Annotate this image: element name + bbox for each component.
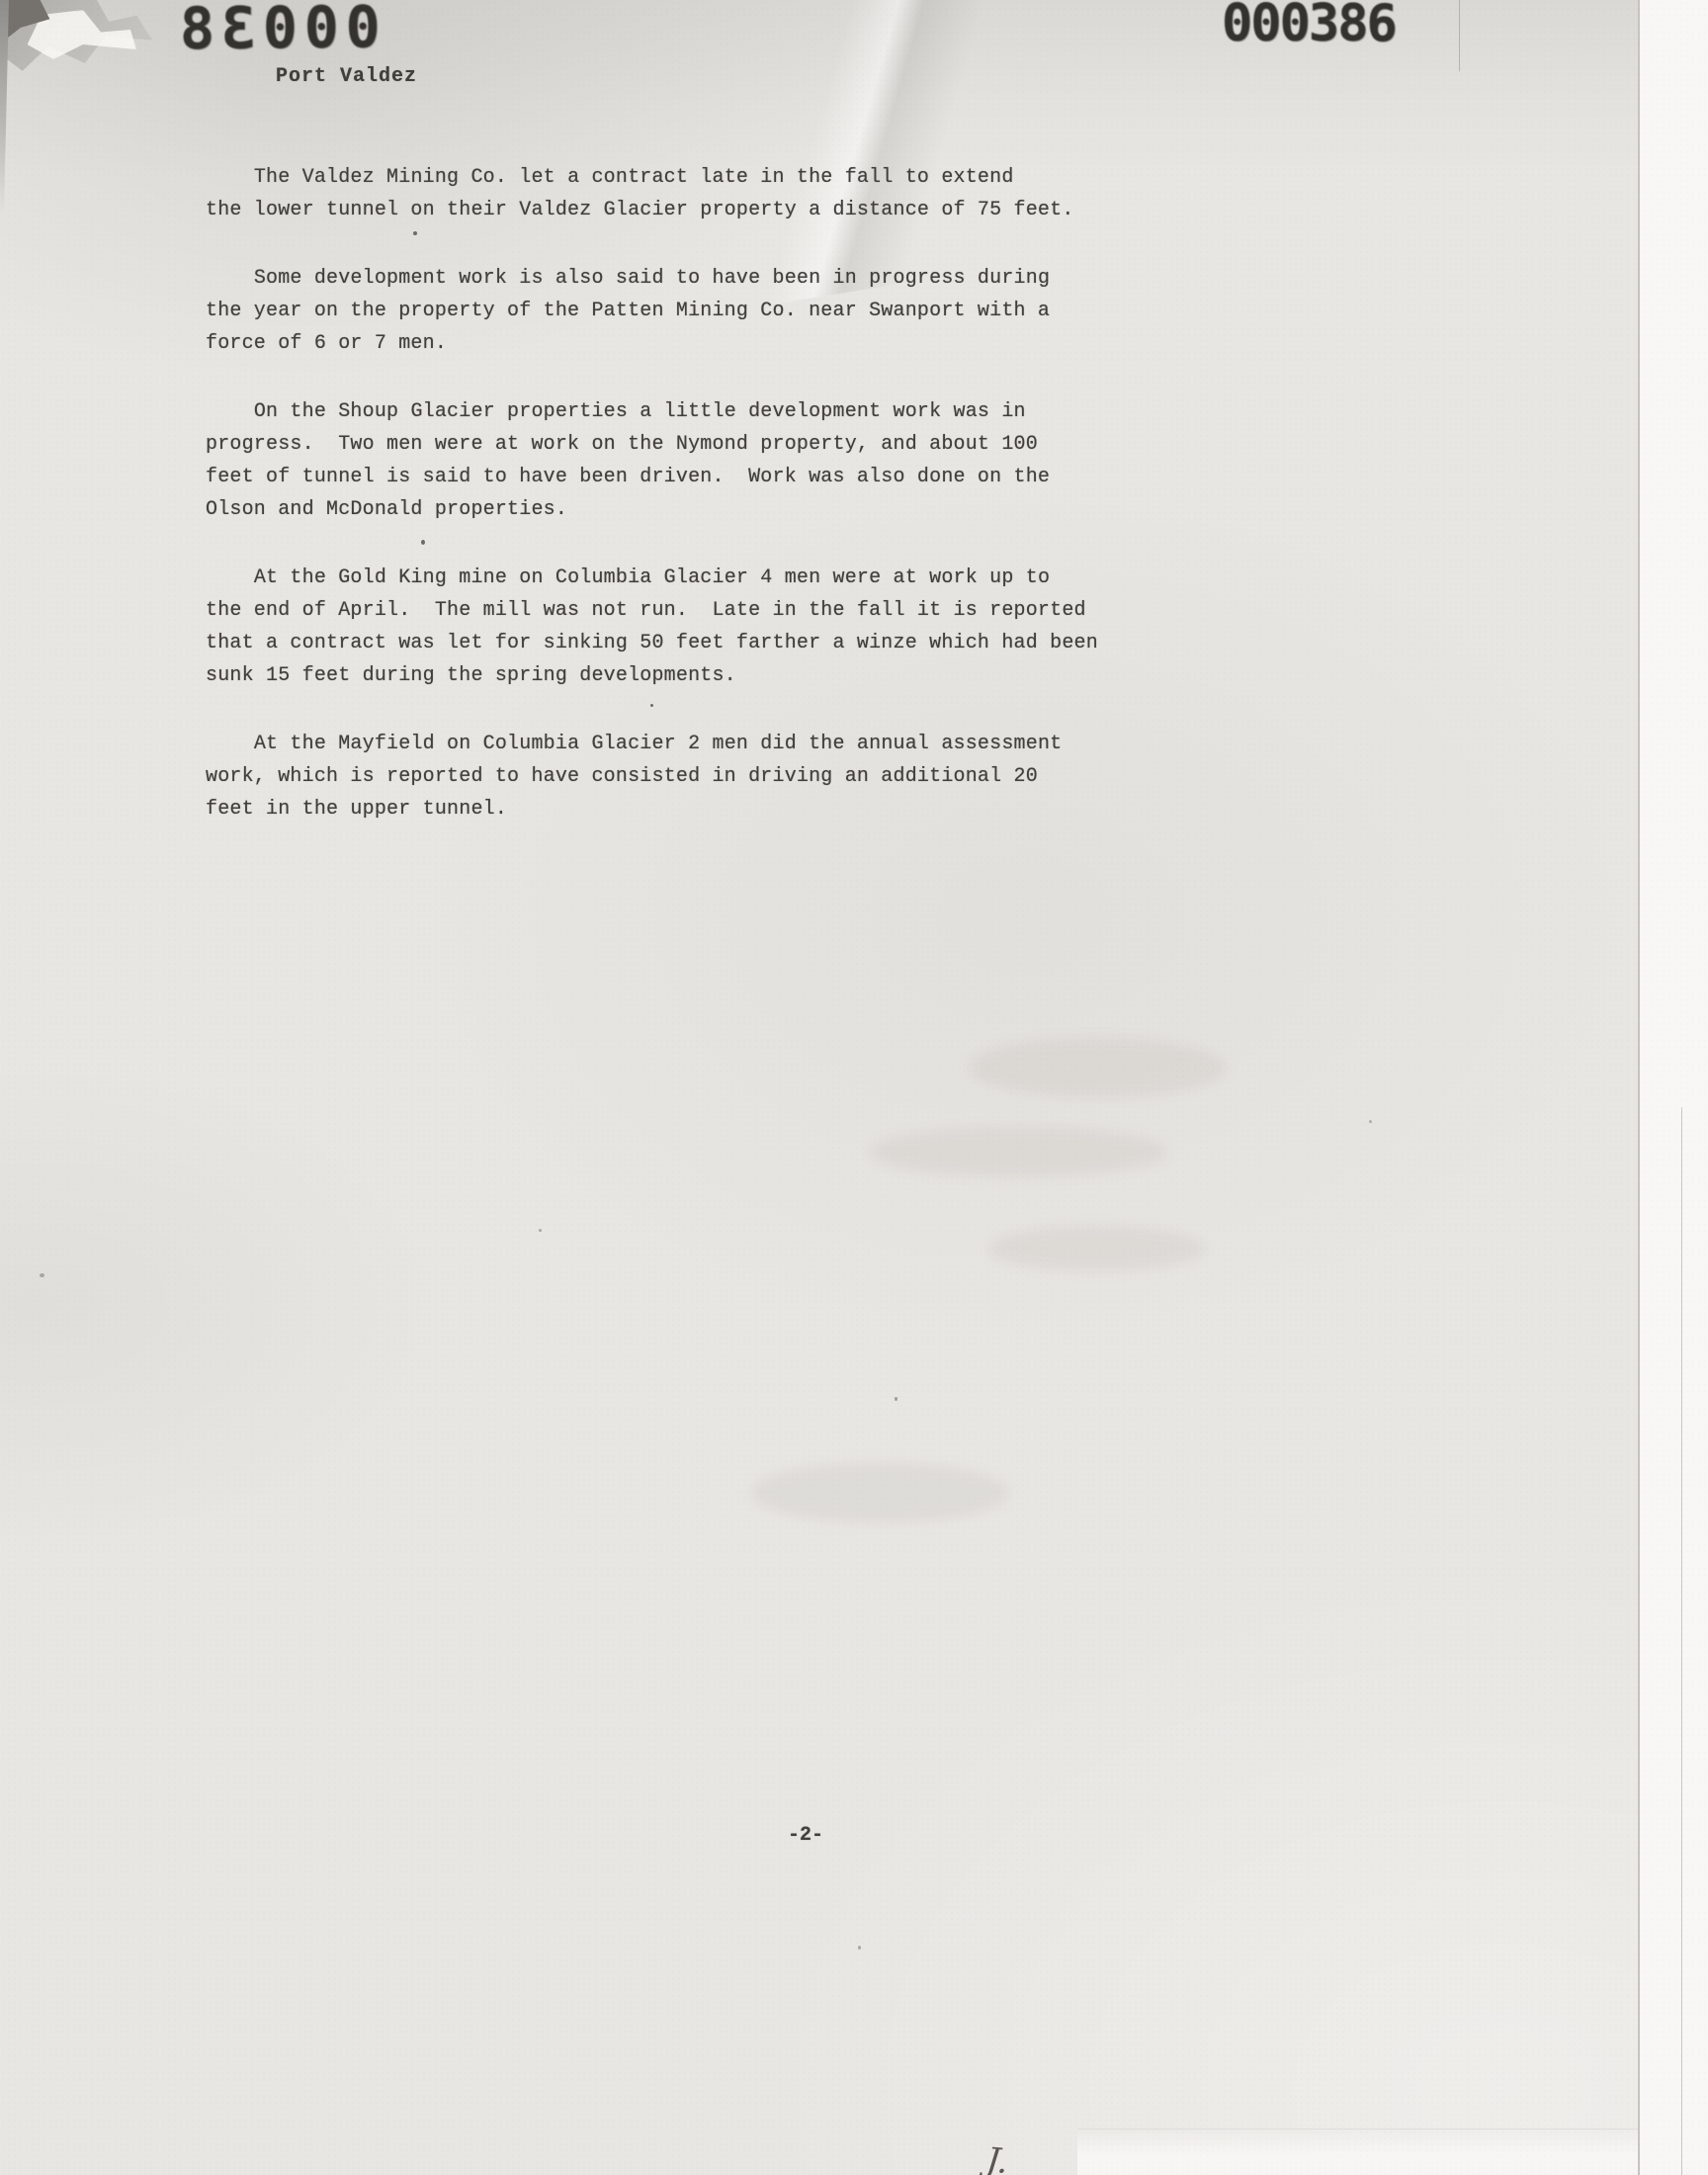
page-stamp-top-right: 000386 [1222, 0, 1396, 53]
paragraph-patten-mining: Some development work is also said to ha… [206, 262, 1135, 360]
ink-speck [539, 1229, 542, 1232]
ink-speck [895, 1397, 897, 1401]
page-showthrough [988, 1226, 1206, 1271]
paragraph-shoup-glacier: On the Shoup Glacier properties a little… [206, 395, 1135, 526]
page-showthrough [751, 1463, 1008, 1522]
page-stamp-top-left: 8Ɛ000 [180, 0, 387, 62]
document-body: The Valdez Mining Co. let a contract lat… [206, 161, 1135, 861]
scan-line-artifact [1459, 0, 1460, 71]
handwritten-mark: J. [984, 2140, 1010, 2175]
left-edge-tear [0, 0, 9, 213]
ink-speck [1369, 1120, 1372, 1123]
page-number: -2- [788, 1824, 823, 1847]
scanned-page: 8Ɛ000 000386 Port Valdez The Valdez Mini… [0, 0, 1708, 2175]
paragraph-valdez-mining: The Valdez Mining Co. let a contract lat… [206, 161, 1135, 226]
page-heading: Port Valdez [276, 65, 417, 88]
page-showthrough [969, 1038, 1226, 1097]
page-showthrough [870, 1127, 1166, 1176]
paragraph-mayfield: At the Mayfield on Columbia Glacier 2 me… [206, 728, 1135, 826]
scan-right-margin [1638, 0, 1708, 2175]
ink-speck [40, 1273, 44, 1277]
scan-fold-line [1681, 1107, 1682, 2175]
paragraph-gold-king: At the Gold King mine on Columbia Glacie… [206, 562, 1135, 692]
scan-bottom-edge [1077, 2129, 1638, 2175]
ink-speck [858, 1946, 861, 1950]
